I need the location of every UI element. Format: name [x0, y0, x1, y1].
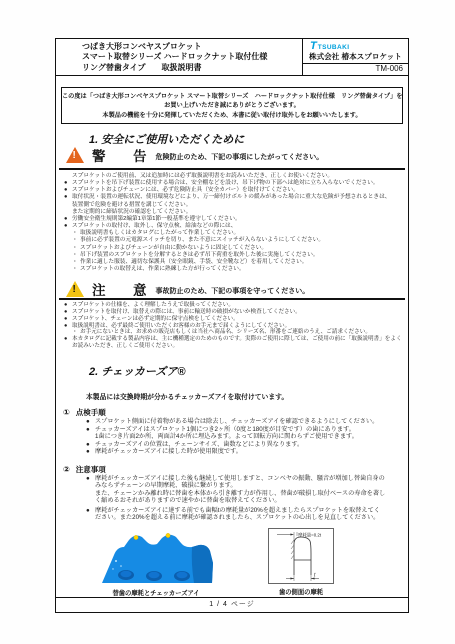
- intro-line-3: 本製品の機能を十分に発揮していただくため、本書に従い取付け取外しをお願いいたしま…: [62, 111, 402, 120]
- bullet-marker: ・: [72, 259, 80, 266]
- warning-list: スプロケットのご使用前、又は追加時には必ず取扱説明書をお読みいただき、正しくお使…: [64, 173, 406, 273]
- bullet-marker: ●: [64, 194, 72, 201]
- page-footer: 1 / 4 ページ: [56, 597, 408, 612]
- list-line: ●スプロケット側面に付着物がある場合は除去し、チェッカーズアイを確認できるように…: [86, 418, 406, 426]
- bullet-marker: ●: [86, 448, 95, 456]
- list-line: く縮めるおそれがありますので速やかに替歯を取替えてください。: [86, 497, 406, 504]
- notes-number: ②: [63, 465, 70, 474]
- list-line: ださい。また20%を超える前に摩耗が確認されましたら、スプロケットの心出しを見直…: [86, 514, 406, 521]
- intro-line-2: お買い上げいただき誠にありがとうございます。: [62, 101, 402, 110]
- document-header: つばき大形コンベヤスプロケット スマート取替シリーズ ハードロックナット取付仕様…: [56, 39, 408, 76]
- bullet-marker: ●: [64, 316, 72, 323]
- bullet-text: スプロケットを取付け、取替えの際には、事前に輸送時の破損がないか検査してください…: [72, 309, 301, 316]
- list-line: みならずチェーンの早期摩耗、破損に繋がります。: [86, 482, 406, 489]
- list-line: ●スプロケットの仕様を、よく理解したうえで取扱ってください。: [64, 302, 406, 309]
- list-line: ・作業に適した服装、適切な保護具（安全眼鏡、手袋、安全靴など）を着用してください…: [64, 259, 406, 266]
- caution-triangle-icon: [66, 281, 84, 297]
- inspection-list: ●スプロケット側面に付着物がある場合は除去し、チェッカーズアイを確認できるように…: [86, 418, 406, 456]
- bullet-text: お読みいただき、正しくご使用ください。: [72, 343, 178, 350]
- bullet-marker: ●: [86, 418, 95, 426]
- document-title: つばき大形コンベヤスプロケット スマート取替シリーズ ハードロックナット取付仕様…: [82, 42, 267, 73]
- intro-line-1: この度は「つばき大形コンベヤスプロケット スマート取替シリーズ ハードロックナッ…: [62, 92, 402, 101]
- tooth-diagram-box: 摩耗量=0.2t t: [268, 528, 334, 584]
- list-line: また、チェーンかみ離れ時に替歯を本体から引き離す力が作用し、替歯が破損し取付ベー…: [86, 490, 406, 497]
- warning-label: 警 告: [92, 145, 154, 165]
- wear-dimension-label: 摩耗量=0.2t: [298, 532, 322, 539]
- bullet-marker: ・: [72, 245, 80, 252]
- bullet-marker: ●: [64, 223, 72, 230]
- bullet-text: スプロケットの取替えは、作業に熟練した方が行ってください。: [80, 266, 245, 273]
- bullet-text: 事前に必ず装置の元電源スイッチを切り、また不意にスイッチが入らないようにしてくだ…: [80, 237, 324, 244]
- bullet-marker: ●: [64, 187, 72, 194]
- bullet-marker: ●: [86, 507, 95, 514]
- list-line: 装置側で危険を避ける措置を講じてください。: [64, 202, 406, 209]
- intro-box: この度は「つばき大形コンベヤスプロケット スマート取替シリーズ ハードロックナッ…: [61, 87, 403, 124]
- notes-title: 注意事項: [76, 464, 106, 475]
- bullet-marker: [86, 482, 95, 489]
- caution-list: ●スプロケットの仕様を、よく理解したうえで取扱ってください。 ●スプロケットを取…: [64, 302, 406, 350]
- bullet-marker: ・: [72, 230, 80, 237]
- bullet-text: また、チェーンかみ離れ時に替歯を本体から引き離す力が作用し、替歯が破損し取付ベー…: [95, 490, 385, 497]
- bullet-marker: ●: [86, 475, 95, 482]
- list-line: また定期的に締結状況の確認をしてください。: [64, 209, 406, 216]
- bullet-text: スプロケット側面に付着物がある場合は除去し、チェッカーズアイを確認できるようにし…: [95, 418, 378, 426]
- list-line: ・吊下げ装置のスプロケットを分解するときは必ず吊下荷重を取外した後に実施してくだ…: [64, 252, 406, 259]
- bullet-text: 作業に適した服装、適切な保護具（安全眼鏡、手袋、安全靴など）を着用してください。: [80, 259, 308, 266]
- list-line: ・事前に必ず装置の元電源スイッチを切り、また不意にスイッチが入らないようにしてく…: [64, 237, 406, 244]
- list-line: ・スプロケットの取替えは、作業に熟練した方が行ってください。: [64, 266, 406, 273]
- bullet-marker: [86, 514, 95, 521]
- bullet-text: みならずチェーンの早期摩耗、破損に繋がります。: [95, 482, 237, 489]
- bullet-marker: [86, 433, 95, 441]
- list-line: ●取付状況・装置の運転状況、使用環境などにより、万一締付けボルトの緩みがあった場…: [64, 194, 406, 201]
- bullet-marker: [86, 497, 95, 504]
- bullet-text: スプロケットの仕様を、よく理解したうえで取扱ってください。: [72, 302, 234, 309]
- notes-heading: ② 注意事項: [63, 464, 106, 475]
- bullet-marker: [64, 343, 72, 350]
- bullet-marker: ●: [64, 180, 72, 187]
- diagram-caption: 歯の側面の摩耗: [268, 587, 334, 596]
- bullet-marker: ・: [72, 252, 80, 259]
- inspection-number: ①: [63, 408, 70, 417]
- bullet-marker: ●: [64, 323, 72, 330]
- title-line-2: スマート取替シリーズ ハードロックナット取付仕様: [82, 52, 267, 62]
- title-line-3: リング替歯タイプ 取扱説明書: [82, 63, 267, 73]
- page-number: 1 / 4 ページ: [209, 601, 254, 608]
- bullet-marker: ・: [72, 266, 80, 273]
- list-line: ・スプロケットおよびチェーンが自由に動かないように固定してください。: [64, 245, 406, 252]
- caution-label: 注 意: [92, 279, 154, 299]
- document-page: つばき大形コンベヤスプロケット スマート取替シリーズ ハードロックナット取付仕様…: [55, 38, 409, 613]
- bullet-marker: ●: [86, 426, 95, 434]
- list-line: ●摩耗がチェッカーズアイに接した時が使用限度です。: [86, 448, 406, 456]
- list-line: ●スプロケット、チェーンは必ず定期的に保守点検をしてください。: [64, 316, 406, 323]
- bullet-text: 吊下げ装置のスプロケットを分解するときは必ず吊下荷重を取外した後に実施してくださ…: [80, 252, 319, 259]
- bullet-marker: ●: [86, 441, 95, 449]
- warning-triangle-icon: [66, 147, 84, 163]
- bullet-marker: [64, 202, 72, 209]
- company-name: 株式会社 椿本スプロケット: [309, 51, 402, 62]
- bullet-marker: [64, 209, 72, 216]
- list-line: お読みいただき、正しくご使用ください。: [64, 343, 406, 350]
- inspection-title: 点検手順: [76, 407, 106, 418]
- warning-banner: 警 告 危険防止のため、下記の事項にしたがってください。: [66, 145, 323, 165]
- bullet-text: また定期的に締結状況の確認をしてください。: [72, 209, 191, 216]
- bullet-text: く縮めるおそれがありますので速やかに替歯を取替えてください。: [95, 497, 281, 504]
- title-line-1: つばき大形コンベヤスプロケット: [82, 42, 267, 52]
- bullet-text: スプロケット、チェーンは必ず定期的に保守点検をしてください。: [72, 316, 239, 323]
- section2-lead: 本製品には交換時期が分かるチェッカーズアイを取付けています。: [86, 391, 288, 401]
- tsubaki-logo-text: TSUBAKI: [318, 44, 350, 51]
- notes-list: ●摩耗がチェッカーズアイに接した後も継続して使用しますと、コンベヤの振動、騒音が…: [86, 475, 406, 522]
- bullet-text: ださい。また20%を超える前に摩耗が確認されましたら、スプロケットの心出しを見直…: [95, 514, 379, 521]
- caution-rule: [59, 298, 405, 300]
- bullet-marker: [64, 173, 72, 180]
- doc-number: TM-006: [375, 64, 403, 73]
- caution-banner: 注 意 事故防止のため、下記の事項を守ってください。: [66, 279, 309, 299]
- list-line: ●スプロケットを取付け、取替えの際には、事前に輸送時の破損がないか検査してくださ…: [64, 309, 406, 316]
- bullet-marker: ・: [72, 237, 80, 244]
- bullet-marker: ●: [64, 336, 72, 343]
- inspection-heading: ① 点検手順: [63, 407, 106, 418]
- warning-rule: [59, 168, 405, 170]
- sprocket-caption: 替歯の摩耗とチェッカーズアイ: [86, 588, 226, 597]
- bullet-text: スプロケットおよびチェーンが自由に動かないように固定してください。: [80, 245, 267, 252]
- tooth-wear-diagram: 摩耗量=0.2t t: [269, 529, 333, 583]
- bullet-marker: ●: [64, 216, 72, 223]
- warning-description: 危険防止のため、下記の事項にしたがってください。: [156, 149, 324, 162]
- tooth-width-label: t: [314, 573, 316, 579]
- bullet-marker: [86, 490, 95, 497]
- bullet-text: 1歯につき片面2か所、両面計4か所に埋込みます。よって回転方向に関わらずご使用で…: [95, 433, 358, 441]
- bullet-text: 装置側で危険を避ける措置を講じてください。: [72, 202, 191, 209]
- bullet-marker: ●: [64, 302, 72, 309]
- list-line: 1歯につき片面2か所、両面計4か所に埋込みます。よって回転方向に関わらずご使用で…: [86, 433, 406, 441]
- sprocket-image: [96, 529, 216, 585]
- bullet-text: 摩耗がチェッカーズアイに接した時が使用限度です。: [95, 448, 242, 456]
- bullet-text: 取付状況・装置の運転状況、使用環境などにより、万一締付けボルトの緩みがあった場合…: [72, 194, 390, 201]
- bullet-marker: ●: [64, 309, 72, 316]
- section2-heading: 2. チェッカーズア®: [89, 363, 185, 379]
- header-company-block: T TSUBAKI 株式会社 椿本スプロケット TM-006: [302, 39, 408, 75]
- caution-description: 事故防止のため、下記の事項を守ってください。: [156, 283, 310, 296]
